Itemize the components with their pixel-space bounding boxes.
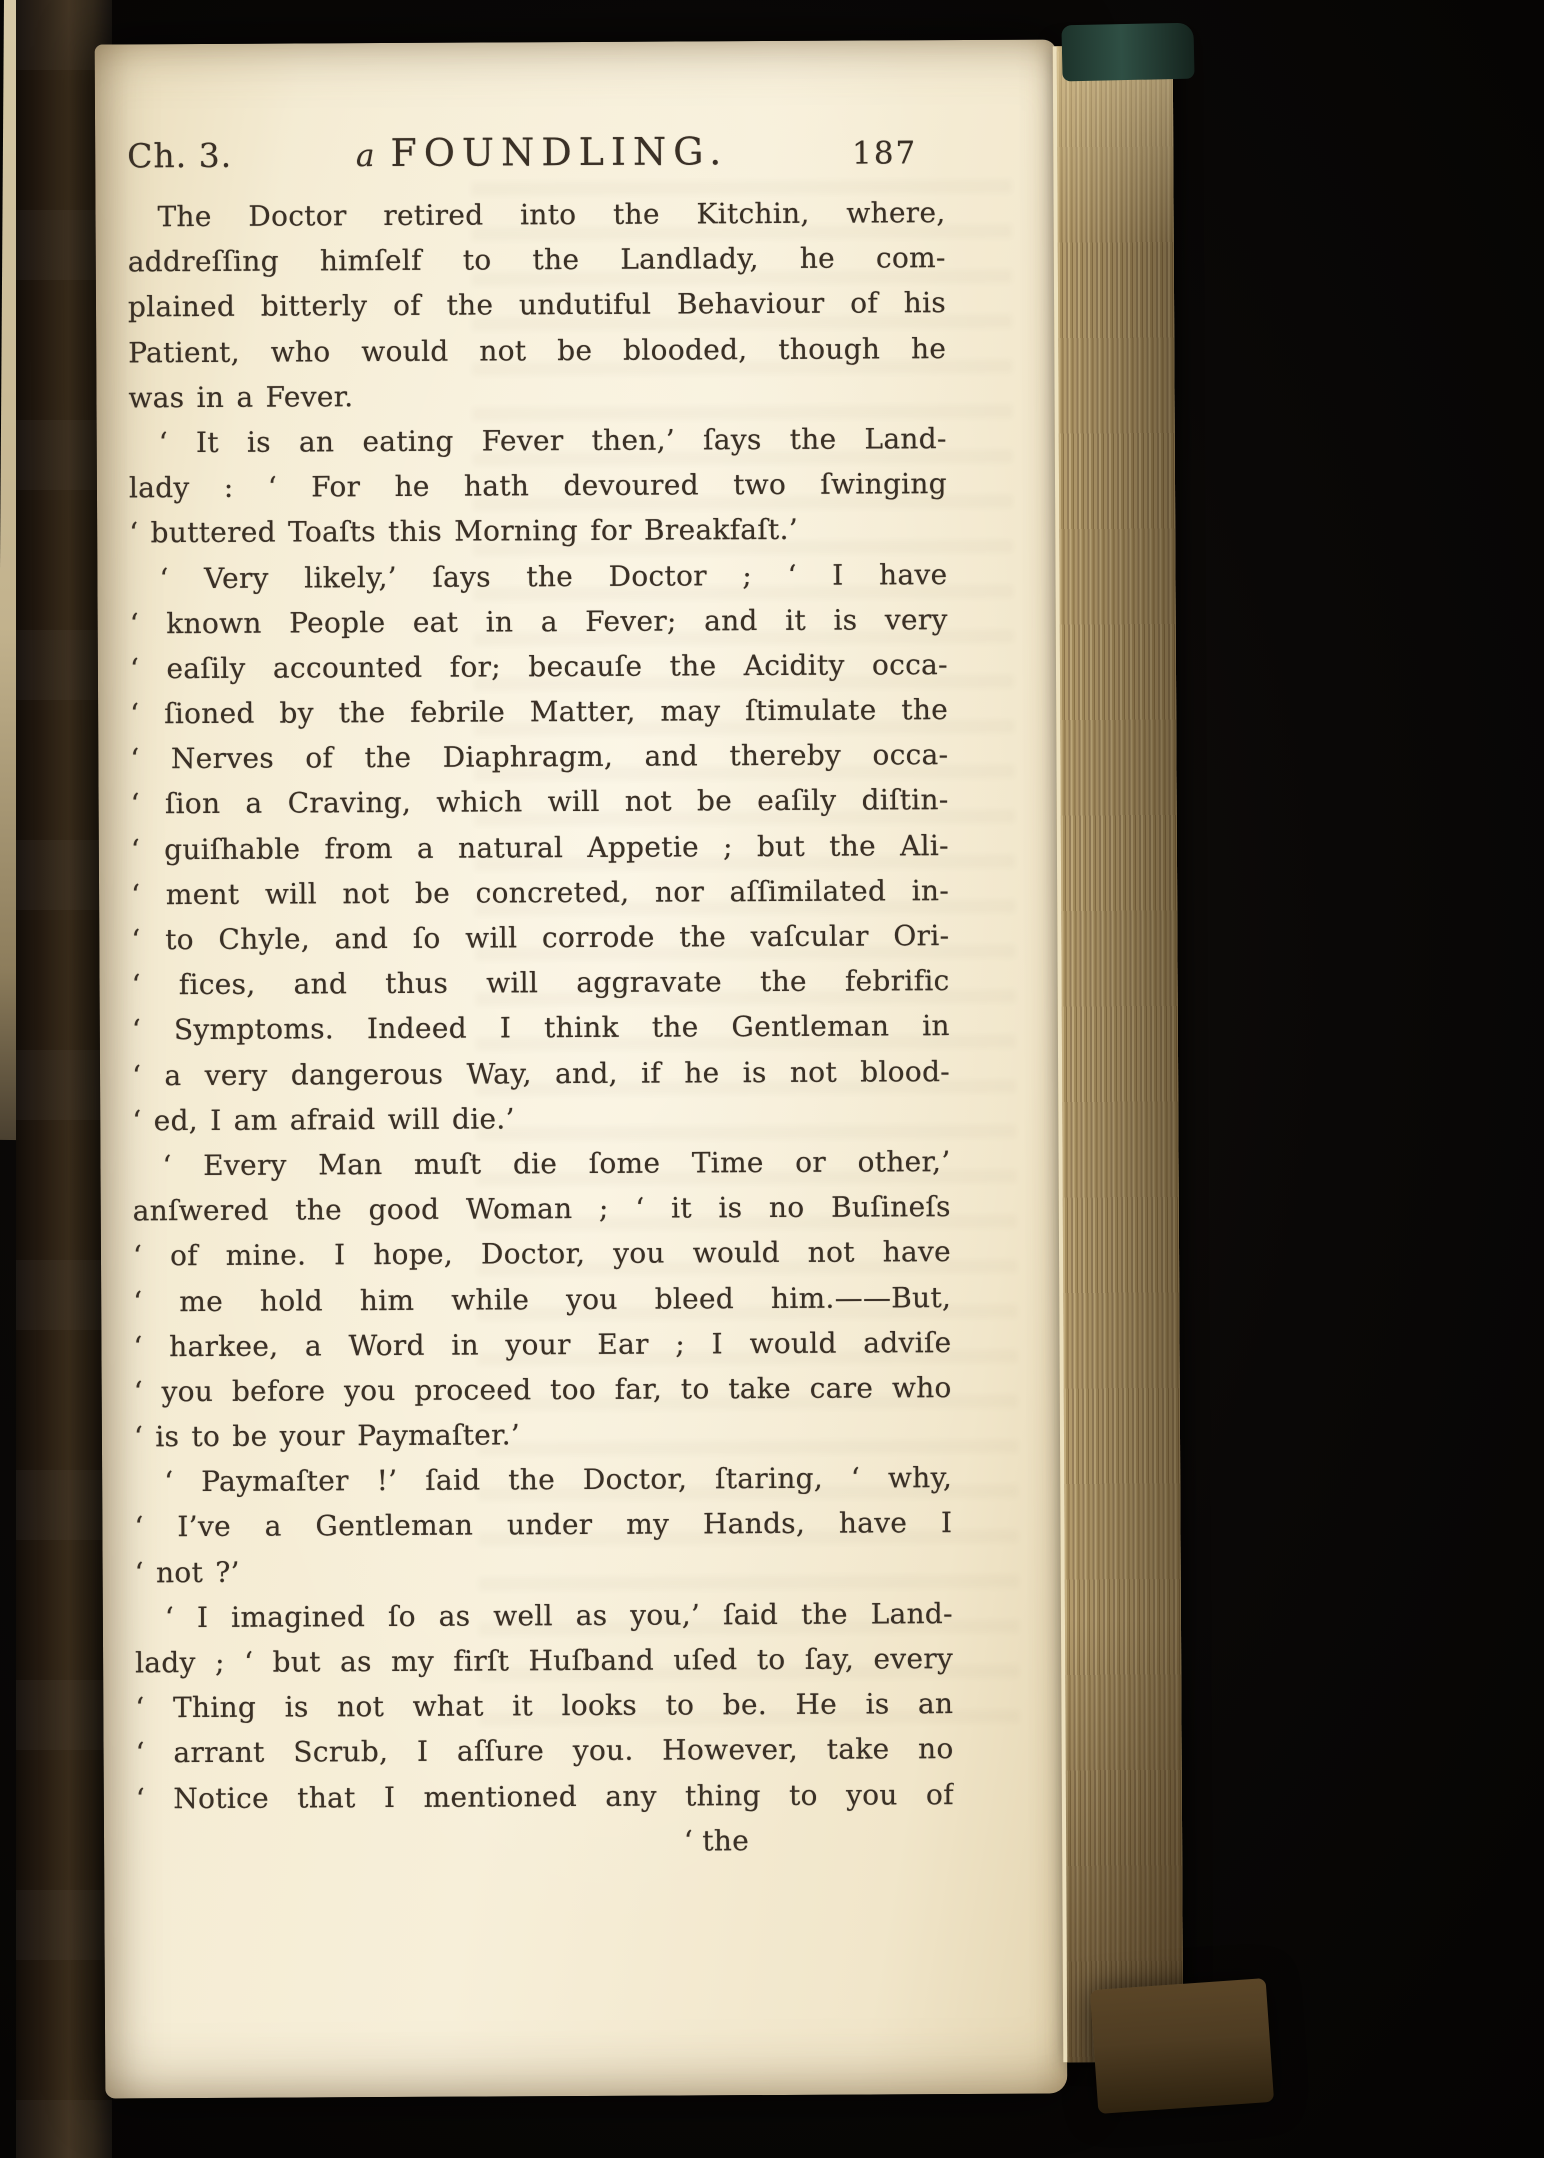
text-line: ‘ eaſily accounted for; becauſe the Acid… bbox=[130, 642, 948, 691]
text-line: ‘ Symptoms. Indeed I think the Gentleman… bbox=[132, 1003, 950, 1052]
page-edges bbox=[1053, 46, 1184, 2063]
text-line: lady ; ‘ but as my firſt Huſband uſed to… bbox=[135, 1636, 953, 1685]
title-italic-a: a bbox=[356, 138, 375, 174]
text-line: ‘ you before you proceed too far, to tak… bbox=[134, 1365, 952, 1414]
text-line: ‘ ſioned by the febrile Matter, may ſtim… bbox=[130, 687, 948, 736]
cover-bottom-corner bbox=[1090, 1978, 1274, 2114]
text-line: ‘ me hold him while you bleed him.——But, bbox=[133, 1275, 951, 1324]
text-line: ‘ is to be your Paymaſter.’ bbox=[134, 1410, 952, 1459]
text-line: ‘ not ?’ bbox=[135, 1546, 953, 1595]
text-line: ‘ buttered Toaſts this Morning for Break… bbox=[129, 506, 947, 555]
text-line: ‘ Nerves of the Diaphragm, and thereby o… bbox=[130, 732, 948, 781]
catchword: ‘ the bbox=[684, 1824, 749, 1857]
page-title: aFOUNDLING. bbox=[356, 129, 729, 175]
text-line: ‘ harkee, a Word in your Ear ; I would a… bbox=[133, 1320, 951, 1369]
book-photo-scene: Ch. 3. aFOUNDLING. 187 The Doctor retire… bbox=[0, 0, 1544, 2158]
text-line: ‘ ment will not be concreted, nor aſſimi… bbox=[131, 868, 949, 917]
text-line: ‘ I imagined ſo as well as you,’ ſaid th… bbox=[135, 1591, 953, 1640]
cover-top-edge bbox=[1061, 23, 1194, 82]
text-line: lady : ‘ For he hath devoured two ſwingi… bbox=[129, 461, 947, 510]
text-line: The Doctor retired into the Kitchin, whe… bbox=[127, 190, 945, 239]
text-line: ‘ fices, and thus will aggravate the feb… bbox=[131, 958, 949, 1007]
page-body: The Doctor retired into the Kitchin, whe… bbox=[127, 190, 954, 1821]
chapter-label: Ch. 3. bbox=[127, 136, 232, 176]
text-line: was in a Fever. bbox=[128, 371, 946, 420]
text-line: ‘ ed, I am afraid will die.’ bbox=[132, 1094, 950, 1143]
text-line: ‘ of mine. I hope, Doctor, you would not… bbox=[133, 1229, 951, 1278]
book-page: Ch. 3. aFOUNDLING. 187 The Doctor retire… bbox=[95, 39, 1068, 2098]
text-line: ‘ Paymaſter !’ ſaid the Doctor, ſtaring,… bbox=[134, 1455, 952, 1504]
text-line: ‘ ſion a Craving, which will not be eaſi… bbox=[130, 778, 948, 827]
page-number: 187 bbox=[852, 135, 917, 171]
text-line: anſwered the good Woman ; ‘ it is no Buſ… bbox=[133, 1184, 951, 1233]
text-line: ‘ Very likely,’ ſays the Doctor ; ‘ I ha… bbox=[129, 552, 947, 601]
title-main: FOUNDLING. bbox=[390, 129, 728, 175]
text-line: ‘ Thing is not what it looks to be. He i… bbox=[135, 1681, 953, 1730]
text-line: ‘ Every Man muſt die ſome Time or other,… bbox=[132, 1139, 950, 1188]
text-block: Ch. 3. aFOUNDLING. 187 The Doctor retire… bbox=[127, 128, 954, 1866]
text-line: Patient, who would not be blooded, thoug… bbox=[128, 326, 946, 375]
text-line: ‘ known People eat in a Fever; and it is… bbox=[130, 597, 948, 646]
text-line: plained bitterly of the undutiful Behavi… bbox=[128, 280, 946, 329]
text-line: ‘ arrant Scrub, I aſſure you. However, t… bbox=[135, 1726, 953, 1775]
text-line: ‘ It is an eating Fever then,’ ſays the … bbox=[129, 416, 947, 465]
text-line: ‘ Notice that I mentioned any thing to y… bbox=[136, 1772, 954, 1821]
running-header: Ch. 3. aFOUNDLING. 187 bbox=[127, 128, 945, 188]
catchword-row: ‘ the bbox=[136, 1817, 954, 1866]
text-line: ‘ a very dangerous Way, and, if he is no… bbox=[132, 1049, 950, 1098]
text-line: ‘ I’ve a Gentleman under my Hands, have … bbox=[134, 1500, 952, 1549]
text-line: ‘ guiſhable from a natural Appetie ; but… bbox=[131, 823, 949, 872]
text-line: ‘ to Chyle, and ſo will corrode the vaſc… bbox=[131, 913, 949, 962]
text-line: addreſſing himſelf to the Landlady, he c… bbox=[128, 235, 946, 284]
